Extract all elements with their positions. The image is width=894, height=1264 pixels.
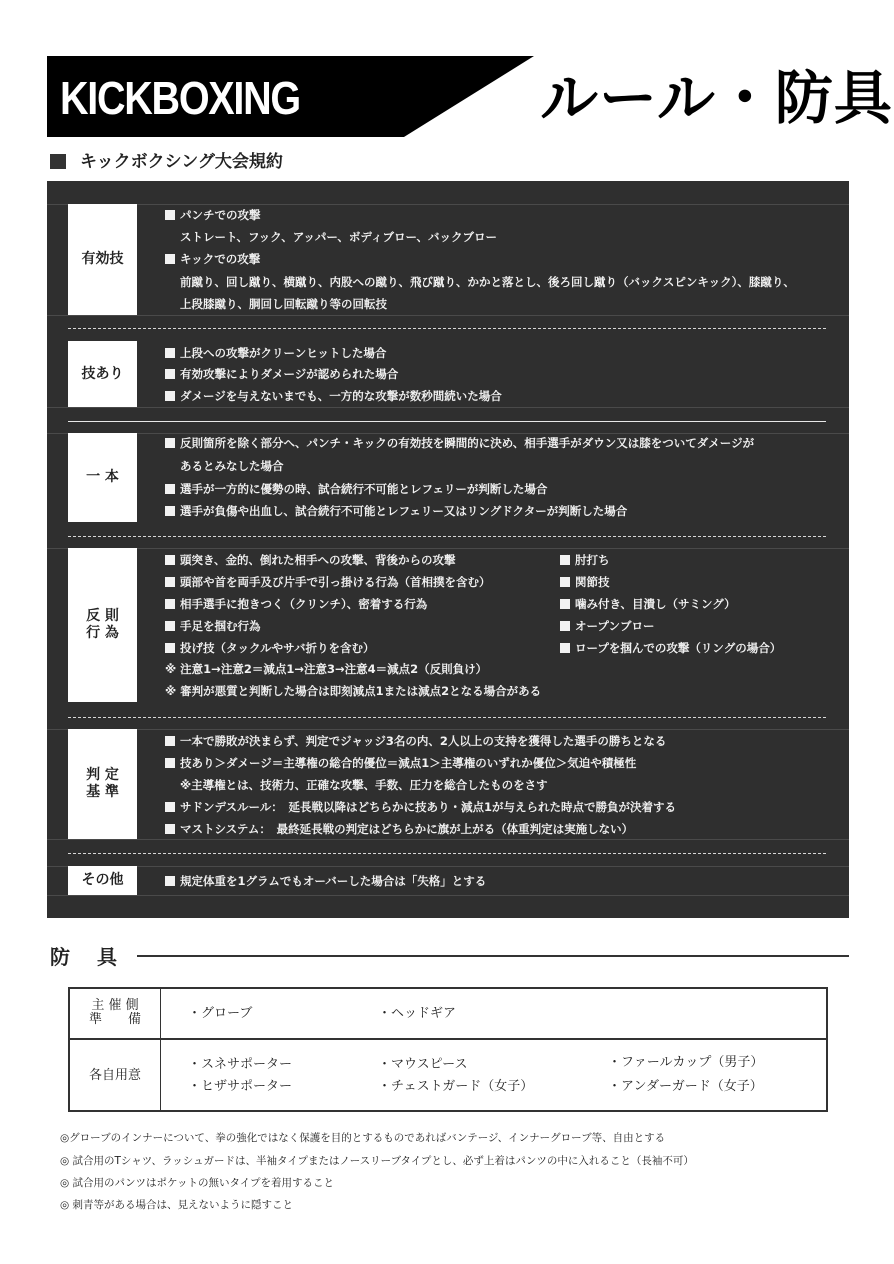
row-border [47,729,849,730]
rule-note: ※主導権とは、技術力、正確な攻撃、手数、圧力を総合したものをさす [165,777,548,793]
square-bullet-icon [165,348,175,358]
row-border [47,866,849,867]
rule-note: ※ 審判が悪質と判断した場合は即刻減点1または減点2となる場合がある [165,683,541,699]
rule-line: 技あり＞ダメージ＝主導権の総合的優位＝減点1＞主導権のいずれか優位＞気迫や積極性 [165,755,636,771]
note: ◎グローブのインナーについて、拳の強化ではなく保護を目的とするものであればバンテ… [60,1131,665,1145]
rule-line: 選手が負傷や出血し、試合続行不可能とレフェリー又はリングドクターが判断した場合 [165,503,627,519]
square-bullet-icon [165,758,175,768]
equipment-item: ・スネサポーター [188,1057,292,1073]
square-bullet-icon [50,154,66,169]
equipment-item: ・ファールカップ（男子） [608,1055,763,1071]
rule-line: 反則箇所を除く部分へ、パンチ・キックの有効技を瞬間的に決め、相手選手がダウン又は… [165,435,754,451]
rule-line: 一本で勝敗が決まらず、判定でジャッジ3名の内、2人以上の支持を獲得した選手の勝ち… [165,733,666,749]
square-bullet-icon [165,643,175,653]
rule-line: ロープを掴んでの攻撃（リングの場合） [560,640,781,656]
row-head-organizer: 主 催 側 準 備 [70,999,160,1027]
label-valid-techniques: 有効技 [68,204,137,315]
square-bullet-icon [165,621,175,631]
square-bullet-icon [165,391,175,401]
rule-line: オープンブロー [560,618,654,634]
section-divider [68,328,826,329]
rule-line: あるとみなした場合 [165,458,284,474]
note: ◎ 刺青等がある場合は、見えないように隠すこと [60,1198,293,1212]
rule-note: ※ 注意1→注意2＝減点1→注意3→注意4＝減点2（反則負け） [165,661,487,677]
label-other: その他 [68,866,137,895]
rule-line: 有効攻撃によりダメージが認められた場合 [165,366,398,382]
rule-line: 投げ技（タックルやサバ折りを含む） [165,640,374,656]
rule-line: 上段への攻撃がクリーンヒットした場合 [165,345,386,361]
rule-line: パンチでの攻撃 [165,207,261,223]
square-bullet-icon [165,254,175,264]
square-bullet-icon [165,210,175,220]
equipment-item: ・グローブ [188,1006,252,1022]
page-title: ルール・防具 [540,66,893,130]
rule-line: サドンデスルール： 延長戦以降はどちらかに技あり・減点1が与えられた時点で勝負が… [165,799,676,815]
square-bullet-icon [560,621,570,631]
rule-line: 関節技 [560,574,610,590]
label-ippon: 一 本 [68,433,137,522]
equipment-item: ・ヒザサポーター [188,1079,292,1095]
label-judging-criteria: 判 定 基 準 [68,729,137,839]
rule-line: 前蹴り、回し蹴り、横蹴り、内股への蹴り、飛び蹴り、かかと落とし、後ろ回し蹴り（バ… [165,274,795,290]
row-border [47,433,849,434]
table-col-divider [160,989,161,1110]
square-bullet-icon [560,643,570,653]
rule-line: 選手が一方的に優勢の時、試合続行不可能とレフェリーが判断した場合 [165,481,547,497]
equipment-item: ・アンダーガード（女子） [608,1079,763,1095]
equipment-title-rule [137,955,849,957]
square-bullet-icon [165,802,175,812]
square-bullet-icon [165,736,175,746]
rule-line: 相手選手に抱きつく（クリンチ）、密着する行為 [165,596,427,612]
equipment-table: 主 催 側 準 備 ・グローブ ・ヘッドギア 各自用意 ・スネサポーター ・ヒザ… [68,987,828,1112]
rule-line: キックでの攻撃 [165,251,260,267]
rules-section-title: キックボクシング大会規約 [50,150,283,174]
table-row-divider [70,1038,826,1040]
square-bullet-icon [165,369,175,379]
section-divider [68,421,826,422]
label-waza-ari: 技あり [68,341,137,407]
rule-line: ダメージを与えないまでも、一方的な攻撃が数秒間続いた場合 [165,388,502,404]
square-bullet-icon [165,506,175,516]
square-bullet-icon [165,555,175,565]
rule-line: 上段膝蹴り、胴回し回転蹴り等の回転技 [165,296,387,312]
row-border [47,315,849,316]
note: ◎ 試合用のTシャツ、ラッシュガードは、半袖タイプまたはノースリーブタイプとし、… [60,1154,694,1168]
row-border [47,548,849,549]
rule-line: ストレート、フック、アッパー、ボディブロー、バックブロー [165,229,497,245]
equipment-title: 防 具 [50,943,127,971]
square-bullet-icon [165,599,175,609]
row-border [47,204,849,205]
equipment-item: ・マウスピース [378,1057,467,1073]
equipment-item: ・ヘッドギア [378,1006,456,1022]
label-fouls: 反 則 行 為 [68,548,137,702]
square-bullet-icon [165,824,175,834]
square-bullet-icon [165,577,175,587]
row-border [47,839,849,840]
row-head-self-prepared: 各自用意 [70,1069,160,1083]
row-border [47,407,849,408]
rule-line: 頭部や首を両手及び片手で引っ掛ける行為（首相撲を含む） [165,574,491,590]
rule-line: 手足を掴む行為 [165,618,261,634]
rule-line: 頭突き、金的、倒れた相手への攻撃、背後からの攻撃 [165,552,456,568]
section-divider [68,536,826,537]
rule-line: 規定体重を1グラムでもオーバーした場合は「失格」とする [165,873,486,889]
square-bullet-icon [560,555,570,565]
equipment-item: ・チェストガード（女子） [378,1079,533,1095]
section-divider [68,717,826,718]
rule-line: 肘打ち [560,552,610,568]
note: ◎ 試合用のパンツはポケットの無いタイプを着用すること [60,1176,334,1190]
banner-title: KICKBOXING [60,70,300,126]
square-bullet-icon [165,438,175,448]
square-bullet-icon [560,577,570,587]
square-bullet-icon [165,484,175,494]
rule-line: マストシステム： 最終延長戦の判定はどちらかに旗が上がる（体重判定は実施しない） [165,821,633,837]
square-bullet-icon [560,599,570,609]
square-bullet-icon [165,876,175,886]
row-border [47,895,849,896]
rule-line: 噛み付き、目潰し（サミング） [560,596,736,612]
section-divider [68,853,826,854]
